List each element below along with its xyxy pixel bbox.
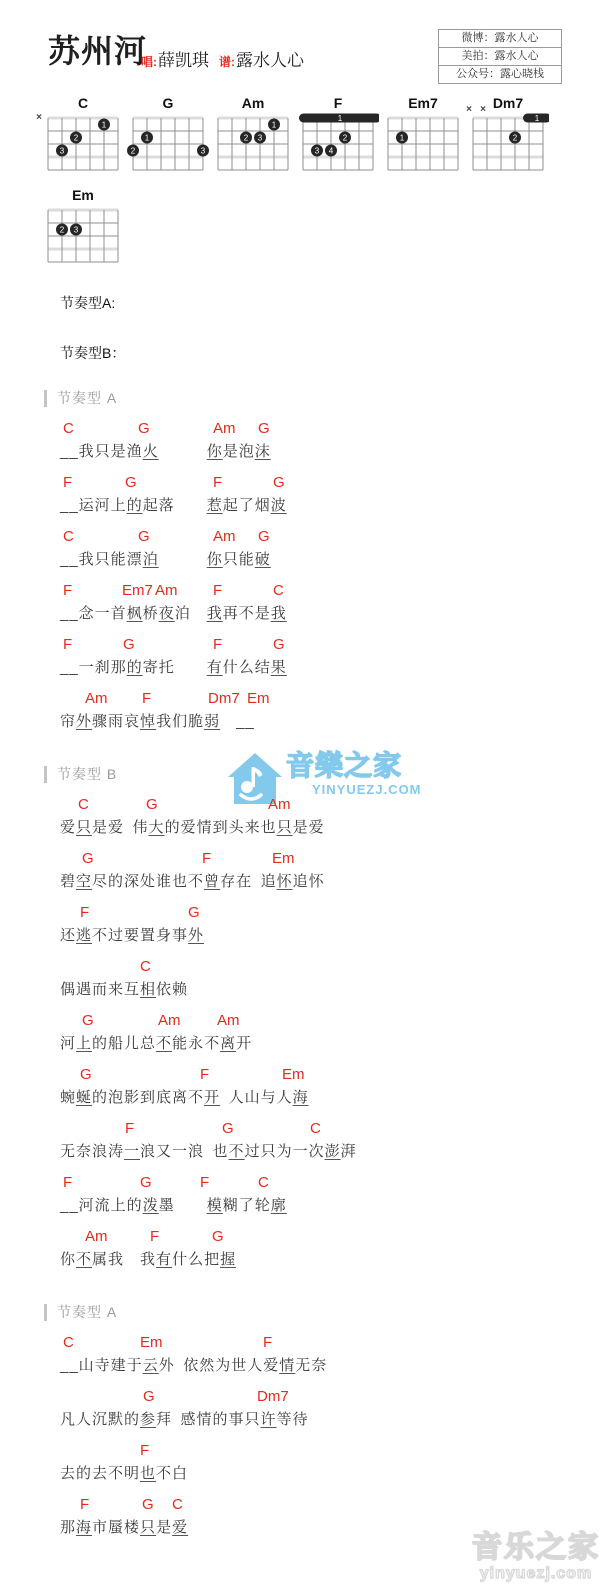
chord-name: Em7 <box>408 95 438 111</box>
lyric-row: 河上的船儿总不能永不离开 <box>60 1032 614 1060</box>
lyric-segment: 浪又一浪 也 <box>140 1143 229 1160</box>
lyric-segment-underlined: 海 <box>293 1089 309 1106</box>
lyric-segment: 什么把 <box>172 1251 220 1268</box>
finger-number: 2 <box>244 133 249 142</box>
chord-diagram-row-1: C×123G123Am123F1234Em71Dm7××12 <box>36 94 614 178</box>
lyric-segment-underlined: 火 <box>143 443 159 460</box>
barre-finger-number: 1 <box>535 114 540 123</box>
lyric-segment: 过只为一次 <box>245 1143 325 1160</box>
lyric-row: 凡人沉默的参拜 感情的事只许等待 <box>60 1408 614 1436</box>
lyric-segment: 依赖 <box>156 981 188 998</box>
chord-symbol-G: G <box>273 636 285 653</box>
chord-symbol-C: C <box>63 528 74 545</box>
lyric-segment: __念一首 <box>60 605 127 622</box>
lyric-segment: 爱 <box>60 819 76 836</box>
lyric-segment: __一刹那 <box>60 659 127 676</box>
singer-label: 唱: <box>141 55 157 69</box>
lyric-segment: 骤雨哀 <box>92 713 140 730</box>
lyric-segment: 只能 <box>223 551 255 568</box>
finger-number: 2 <box>131 146 136 155</box>
lyric-row: __我只是渔火 你是泡沫 <box>60 440 614 468</box>
lyric-segment: 我们脆 <box>156 713 204 730</box>
lyric-segment: 能永不 <box>172 1035 220 1052</box>
chord-symbol-Dm7: Dm7 <box>208 690 240 707</box>
lyric-line-6: FGC无奈浪涛一浪又一浪 也不过只为一次澎湃 <box>60 1114 614 1168</box>
lyric-segment: 那 <box>60 1519 76 1536</box>
rhythm-pattern-b-label: 节奏型B： <box>60 344 614 362</box>
chord-symbol-G: G <box>188 904 200 921</box>
lyric-segment-underlined: 参 <box>140 1411 156 1428</box>
arranger-name: 露水人心 <box>236 51 304 70</box>
lyric-segment-underlined: 情 <box>279 1357 295 1374</box>
finger-number: 3 <box>258 133 263 142</box>
lyric-segment-underlined: 外 <box>76 713 92 730</box>
chord-symbol-F: F <box>213 474 222 491</box>
lyric-line-1: GFEm碧空尽的深处谁也不曾存在 追怀追怀 <box>60 844 614 898</box>
lyric-segment-underlined: 握 <box>220 1251 236 1268</box>
lyric-segment: 等待 <box>277 1411 309 1428</box>
lyric-segment: 人山与人 <box>220 1089 293 1106</box>
chord-symbol-F: F <box>80 904 89 921</box>
lyric-segment-underlined: 泼 <box>143 1197 159 1214</box>
chord-symbol-G: G <box>146 796 158 813</box>
chord-row: FGFG <box>60 630 614 656</box>
chord-symbol-Am: Am <box>85 1228 108 1245</box>
chord-symbol-F: F <box>213 582 222 599</box>
chord-symbol-G: G <box>125 474 137 491</box>
finger-number: 2 <box>343 133 348 142</box>
lyric-segment-underlined: 爱 <box>172 1519 188 1536</box>
lyric-segment: __ <box>220 713 255 730</box>
weibo-row: 微博：露水人心 <box>439 30 561 47</box>
watermark-corner-site: yinyuezj.com <box>472 1565 600 1583</box>
lyric-segment-underlined: 逃 <box>76 927 92 944</box>
chord-row: GDm7 <box>60 1382 614 1408</box>
chord-diagram-C: C×123 <box>36 94 124 178</box>
chord-symbol-Am: Am <box>155 582 178 599</box>
finger-number: 3 <box>74 225 79 234</box>
chord-row: CGAm <box>60 790 614 816</box>
chord-diagram-Dm7: Dm7××12 <box>461 94 549 178</box>
lyric-segment: __山寺建于 <box>60 1357 143 1374</box>
section-header-label: 节奏型 A <box>57 388 117 408</box>
lyric-segment-underlined: 外 <box>188 927 204 944</box>
section-header-bar <box>44 766 47 783</box>
chord-row: AmFDm7Em <box>60 684 614 710</box>
lyric-segment-underlined: 不 <box>156 1035 172 1052</box>
chord-row: CGAmG <box>60 522 614 548</box>
chord-row: FGFC <box>60 1168 614 1194</box>
chord-name: Em <box>72 187 94 203</box>
chord-row: FGC <box>60 1490 614 1516</box>
lyric-segment-underlined: 枫 <box>127 605 143 622</box>
song-sections: 节奏型 ACGAmG__我只是渔火 你是泡沫FGFG__运河上的起落 惹起了烟波… <box>44 388 614 1544</box>
lyric-line-1: GDm7凡人沉默的参拜 感情的事只许等待 <box>60 1382 614 1436</box>
chord-symbol-G: G <box>138 528 150 545</box>
lyric-segment: 河 <box>60 1035 76 1052</box>
chord-symbol-F: F <box>80 1496 89 1513</box>
chord-name: Dm7 <box>493 95 524 111</box>
lyric-segment: 不过要置身事 <box>92 927 188 944</box>
lyric-segment: __我只能漂 <box>60 551 143 568</box>
lyric-segment: 湃 <box>341 1143 357 1160</box>
chord-symbol-F: F <box>213 636 222 653</box>
chord-diagram-G: G123 <box>121 94 209 178</box>
chord-symbol-G: G <box>140 1174 152 1191</box>
lyric-segment-underlined: 曾 <box>204 873 220 890</box>
chord-row: GFEm <box>60 1060 614 1086</box>
chord-name: C <box>78 95 88 111</box>
lyric-line-3: C偶遇而来互相依赖 <box>60 952 614 1006</box>
mute-x-mark: × <box>36 112 42 123</box>
lyric-segment-underlined: 廓 <box>271 1197 287 1214</box>
chord-symbol-C: C <box>273 582 284 599</box>
finger-number: 1 <box>102 120 107 129</box>
lyric-segment: 存在 追 <box>220 873 277 890</box>
chord-symbol-F: F <box>63 582 72 599</box>
lyric-line-7: FGFC__河流上的泼墨 模糊了轮廓 <box>60 1168 614 1222</box>
chord-symbol-F: F <box>63 636 72 653</box>
lyric-line-3: FEm7AmFC__念一首枫桥夜泊 我再不是我 <box>60 576 614 630</box>
lyric-segment-underlined: 有 <box>207 659 223 676</box>
lyric-segment: 市蜃楼 <box>92 1519 140 1536</box>
lyric-line-5: GFEm蜿蜒的泡影到底离不开 人山与人海 <box>60 1060 614 1114</box>
lyric-line-1: FGFG__运河上的起落 惹起了烟波 <box>60 468 614 522</box>
lyric-segment-underlined: 空 <box>76 873 92 890</box>
chord-symbol-Em: Em <box>272 850 295 867</box>
lyric-segment: 是泡 <box>223 443 255 460</box>
lyric-line-4: FGFG__一刹那的寄托 有什么结果 <box>60 630 614 684</box>
finger-number: 3 <box>60 146 65 155</box>
lyric-segment-underlined: 只 <box>277 819 293 836</box>
chord-symbol-G: G <box>222 1120 234 1137</box>
lyric-segment-underlined: 我 <box>207 605 223 622</box>
lyric-segment-underlined: 破 <box>255 551 271 568</box>
lyric-line-2: FG还逃不过要置身事外 <box>60 898 614 952</box>
chord-symbol-G: G <box>123 636 135 653</box>
chord-name: F <box>334 95 343 111</box>
lyric-segment-underlined: 你 <box>207 443 223 460</box>
lyric-row: 还逃不过要置身事外 <box>60 924 614 952</box>
contact-info-box: 微博：露水人心 美拍：露水人心 公众号：露心晓栈 <box>438 29 562 84</box>
lyric-segment: 无奈 <box>295 1357 327 1374</box>
section-header: 节奏型 A <box>44 1302 614 1322</box>
lyric-segment: 你 <box>60 1251 76 1268</box>
finger-number: 2 <box>513 133 518 142</box>
lyric-segment: 寄托 <box>143 659 207 676</box>
lyric-segment-underlined: 夜 <box>159 605 175 622</box>
lyric-segment-underlined: 怀 <box>277 873 293 890</box>
chord-symbol-Em: Em <box>247 690 270 707</box>
chord-symbol-C: C <box>63 1334 74 1351</box>
lyric-row: __河流上的泼墨 模糊了轮廓 <box>60 1194 614 1222</box>
lyric-segment-underlined: 波 <box>271 497 287 514</box>
chord-symbol-C: C <box>63 420 74 437</box>
lyric-segment-underlined: 沫 <box>255 443 271 460</box>
lyric-segment-underlined: 上 <box>76 1035 92 1052</box>
lyric-segment: 起落 <box>143 497 207 514</box>
finger-number: 1 <box>272 120 277 129</box>
chord-symbol-F: F <box>63 1174 72 1191</box>
chord-symbol-C: C <box>78 796 89 813</box>
chord-symbol-G: G <box>82 1012 94 1029</box>
chord-sheet-page: 苏州河 唱:薛凯琪谱:露水人心 微博：露水人心 美拍：露水人心 公众号：露心晓栈… <box>0 0 614 1589</box>
lyric-segment-underlined: 离 <box>220 1035 236 1052</box>
section-header-label: 节奏型 A <box>57 1302 117 1322</box>
chord-diagram-row-2: Em23 <box>36 186 614 270</box>
lyric-segment <box>159 443 207 460</box>
lyric-segment: 的泡影到底离不 <box>92 1089 204 1106</box>
chord-symbol-F: F <box>150 1228 159 1245</box>
chord-name: Am <box>242 95 265 111</box>
wechat-row: 公众号：露心晓栈 <box>439 65 561 83</box>
chord-symbol-Am: Am <box>213 420 236 437</box>
chord-symbol-C: C <box>172 1496 183 1513</box>
finger-number: 4 <box>329 146 334 155</box>
lyric-row: 你不属我 我有什么把握 <box>60 1248 614 1276</box>
lyric-segment-underlined: 我 <box>271 605 287 622</box>
lyric-segment-underlined: 一 <box>124 1143 140 1160</box>
lyric-segment-underlined: 只 <box>76 819 92 836</box>
chord-row: GAmAm <box>60 1006 614 1032</box>
chord-symbol-Em7: Em7 <box>122 582 153 599</box>
lyric-line-0: CGAm爱只是爱 伟大的爱情到头来也只是爱 <box>60 790 614 844</box>
lyric-line-0: CEmF__山寺建于云外 依然为世人爱情无奈 <box>60 1328 614 1382</box>
lyric-segment: 偶遇而来互 <box>60 981 140 998</box>
lyric-segment: 属我 我 <box>92 1251 156 1268</box>
lyric-segment-underlined: 不 <box>76 1251 92 1268</box>
lyric-segment: __我只是渔 <box>60 443 143 460</box>
lyric-line-5: AmFDm7Em帘外骤雨哀悼我们脆弱 __ <box>60 684 614 738</box>
chord-name: G <box>163 95 174 111</box>
chord-symbol-Am: Am <box>217 1012 240 1029</box>
chord-symbol-G: G <box>138 420 150 437</box>
lyric-line-3: FGC那海市蜃楼只是爱 <box>60 1490 614 1544</box>
lyric-segment-underlined: 泊 <box>143 551 159 568</box>
lyric-segment-underlined: 模 <box>207 1197 223 1214</box>
meipai-row: 美拍：露水人心 <box>439 47 561 65</box>
lyric-segment-underlined: 你 <box>207 551 223 568</box>
credits: 唱:薛凯琪谱:露水人心 <box>131 46 304 71</box>
section-1: 节奏型 BCGAm爱只是爱 伟大的爱情到头来也只是爱GFEm碧空尽的深处谁也不曾… <box>44 764 614 1276</box>
chord-symbol-F: F <box>142 690 151 707</box>
lyric-segment-underlined: 惹 <box>207 497 223 514</box>
section-0: 节奏型 ACGAmG__我只是渔火 你是泡沫FGFG__运河上的起落 惹起了烟波… <box>44 388 614 738</box>
chord-diagram-Am: Am123 <box>206 94 294 178</box>
lyric-segment: __河流上的 <box>60 1197 143 1214</box>
lyric-line-2: CGAmG__我只能漂泊 你只能破 <box>60 522 614 576</box>
chord-row: CEmF <box>60 1328 614 1354</box>
chord-diagram-Em7: Em71 <box>376 94 464 178</box>
lyric-segment: 是爱 <box>293 819 325 836</box>
chord-row: GFEm <box>60 844 614 870</box>
lyric-segment-underlined: 不 <box>229 1143 245 1160</box>
lyric-segment: 尽的深处谁也不 <box>92 873 204 890</box>
lyric-row: __我只能漂泊 你只能破 <box>60 548 614 576</box>
lyric-segment: 的爱情到头来也 <box>165 819 277 836</box>
lyric-segment-underlined: 的 <box>127 497 143 514</box>
chord-row: FG <box>60 898 614 924</box>
section-header: 节奏型 A <box>44 388 614 408</box>
chord-symbol-Em: Em <box>140 1334 163 1351</box>
chord-row: AmFG <box>60 1222 614 1248</box>
chord-symbol-Am: Am <box>85 690 108 707</box>
lyric-line-8: AmFG你不属我 我有什么把握 <box>60 1222 614 1276</box>
lyric-segment: 墨 <box>159 1197 207 1214</box>
chord-symbol-Dm7: Dm7 <box>257 1388 289 1405</box>
rhythm-pattern-a-label: 节奏型A: <box>60 294 614 312</box>
chord-symbol-C: C <box>258 1174 269 1191</box>
lyric-segment-underlined: 澎 <box>325 1143 341 1160</box>
lyric-segment-underlined: 的 <box>127 659 143 676</box>
lyric-segment: __运河上 <box>60 497 127 514</box>
chord-symbol-G: G <box>80 1066 92 1083</box>
lyric-segment: 追怀 <box>293 873 325 890</box>
lyric-segment-underlined: 海 <box>76 1519 92 1536</box>
lyric-segment-underlined: 许 <box>261 1411 277 1428</box>
lyric-segment: 凡人沉默的 <box>60 1411 140 1428</box>
lyric-row: 那海市蜃楼只是爱 <box>60 1516 614 1544</box>
lyric-segment: 再不是 <box>223 605 271 622</box>
lyric-row: 偶遇而来互相依赖 <box>60 978 614 1006</box>
lyric-row: 爱只是爱 伟大的爱情到头来也只是爱 <box>60 816 614 844</box>
lyric-segment-underlined: 相 <box>140 981 156 998</box>
lyric-row: __山寺建于云外 依然为世人爱情无奈 <box>60 1354 614 1382</box>
finger-number: 2 <box>60 225 65 234</box>
singer-name: 薛凯琪 <box>158 51 209 70</box>
lyric-segment: 泊 <box>175 605 207 622</box>
chord-symbol-C: C <box>310 1120 321 1137</box>
chord-row: C <box>60 952 614 978</box>
finger-number: 1 <box>400 133 405 142</box>
chord-symbol-Am: Am <box>213 528 236 545</box>
section-header-bar <box>44 390 47 407</box>
lyric-segment: 开 <box>236 1035 252 1052</box>
lyric-segment-underlined: 只 <box>140 1519 156 1536</box>
lyric-segment: 碧 <box>60 873 76 890</box>
section-2: 节奏型 ACEmF__山寺建于云外 依然为世人爱情无奈GDm7凡人沉默的参拜 感… <box>44 1302 614 1544</box>
lyric-segment: 糊了轮 <box>223 1197 271 1214</box>
lyric-segment: 不白 <box>156 1465 188 1482</box>
lyric-row: 去的去不明也不白 <box>60 1462 614 1490</box>
chord-symbol-G: G <box>258 528 270 545</box>
lyric-segment-underlined: 大 <box>149 819 165 836</box>
lyric-row: 无奈浪涛一浪又一浪 也不过只为一次澎湃 <box>60 1140 614 1168</box>
chord-row: CGAmG <box>60 414 614 440</box>
chord-symbol-G: G <box>258 420 270 437</box>
lyric-line-2: F去的去不明也不白 <box>60 1436 614 1490</box>
section-header-label: 节奏型 B <box>57 764 117 784</box>
lyric-segment: 桥 <box>143 605 159 622</box>
lyric-segment: 无奈浪涛 <box>60 1143 124 1160</box>
chord-symbol-Am: Am <box>158 1012 181 1029</box>
lyric-segment-underlined: 弱 <box>204 713 220 730</box>
lyric-segment: 是爱 伟 <box>92 819 149 836</box>
lyric-segment-underlined: 开 <box>204 1089 220 1106</box>
lyric-row: __运河上的起落 惹起了烟波 <box>60 494 614 522</box>
lyric-segment: 外 依然为世人爱 <box>159 1357 280 1374</box>
lyric-segment-underlined: 也 <box>140 1465 156 1482</box>
chord-diagram-Em: Em23 <box>36 186 124 270</box>
chord-symbol-C: C <box>140 958 151 975</box>
lyric-row: __念一首枫桥夜泊 我再不是我 <box>60 602 614 630</box>
barre-finger-number: 1 <box>338 114 343 123</box>
chord-symbol-F: F <box>202 850 211 867</box>
lyric-segment-underlined: 悼 <box>140 713 156 730</box>
chord-symbol-F: F <box>63 474 72 491</box>
lyric-segment: 的船儿总 <box>92 1035 156 1052</box>
lyric-row: 碧空尽的深处谁也不曾存在 追怀追怀 <box>60 870 614 898</box>
lyric-segment: 拜 感情的事只 <box>156 1411 261 1428</box>
lyric-segment: 起了烟 <box>223 497 271 514</box>
section-header: 节奏型 B <box>44 764 614 784</box>
mute-x-mark: × <box>480 104 486 115</box>
lyric-segment: 帘 <box>60 713 76 730</box>
chord-symbol-G: G <box>273 474 285 491</box>
chord-symbol-G: G <box>212 1228 224 1245</box>
chord-row: FGC <box>60 1114 614 1140</box>
lyric-segment-underlined: 云 <box>143 1357 159 1374</box>
lyric-segment: 是 <box>156 1519 172 1536</box>
chord-symbol-Em: Em <box>282 1066 305 1083</box>
lyric-row: 帘外骤雨哀悼我们脆弱 __ <box>60 710 614 738</box>
chord-symbol-F: F <box>263 1334 272 1351</box>
lyric-segment: 蜿 <box>60 1089 76 1106</box>
chord-row: FGFG <box>60 468 614 494</box>
finger-number: 1 <box>145 133 150 142</box>
chord-symbol-G: G <box>82 850 94 867</box>
lyric-segment <box>159 551 207 568</box>
lyric-segment: 什么结 <box>223 659 271 676</box>
chord-row: FEm7AmFC <box>60 576 614 602</box>
lyric-row: 蜿蜒的泡影到底离不开 人山与人海 <box>60 1086 614 1114</box>
chord-symbol-F: F <box>200 1066 209 1083</box>
lyric-segment: 去的去不明 <box>60 1465 140 1482</box>
chord-symbol-F: F <box>140 1442 149 1459</box>
chord-symbol-G: G <box>142 1496 154 1513</box>
lyric-line-4: GAmAm河上的船儿总不能永不离开 <box>60 1006 614 1060</box>
chord-symbol-F: F <box>200 1174 209 1191</box>
lyric-row: __一刹那的寄托 有什么结果 <box>60 656 614 684</box>
chord-diagram-F: F1234 <box>291 94 379 178</box>
lyric-segment-underlined: 果 <box>271 659 287 676</box>
chord-symbol-F: F <box>125 1120 134 1137</box>
lyric-segment-underlined: 有 <box>156 1251 172 1268</box>
lyric-segment: 还 <box>60 927 76 944</box>
arranger-label: 谱: <box>219 55 235 69</box>
lyric-segment-underlined: 蜒 <box>76 1089 92 1106</box>
chord-row: F <box>60 1436 614 1462</box>
mute-x-mark: × <box>466 104 472 115</box>
section-header-bar <box>44 1304 47 1321</box>
finger-number: 3 <box>315 146 320 155</box>
lyric-line-0: CGAmG__我只是渔火 你是泡沫 <box>60 414 614 468</box>
chord-symbol-G: G <box>143 1388 155 1405</box>
finger-number: 2 <box>74 133 79 142</box>
chord-symbol-Am: Am <box>268 796 291 813</box>
